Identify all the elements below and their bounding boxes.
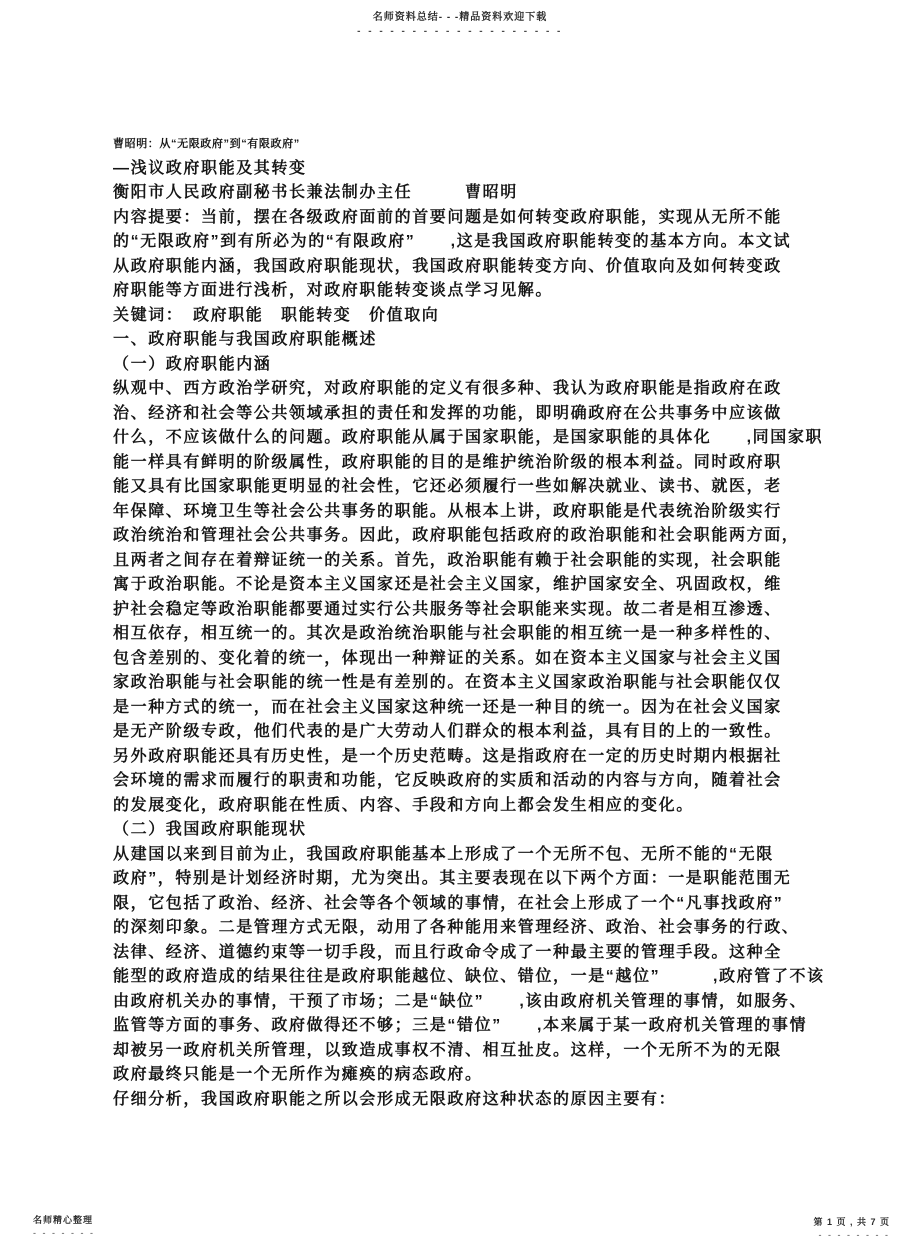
page: 名师资料总结- - -精品资料欢迎下载 - - - - - - - - - - … [0,0,920,1248]
text-line: 政治统治和管理社会公共事务。因此，政府职能包括政府的政治职能和社会职能两方面， [113,524,825,549]
text-line: —浅议政府职能及其转变 [113,157,825,182]
document-body: 曹昭明：从“无限政府”到“有限政府”—浅议政府职能及其转变衡阳市人民政府副秘书长… [113,132,825,1112]
text-line: 府职能等方面进行浅析，对政府职能转变谈点学习见解。 [113,279,825,304]
text-line: 的发展变化，政府职能在性质、内容、手段和方向上都会发生相应的变化。 [113,794,825,819]
page-number: 第 1 页 , 共 7 页 - - - - - - - - [813,1215,890,1240]
text-line: 的“无限政府”到有所必为的“有限政府” ,这是我国政府职能转变的基本方向。本文试 [113,230,825,255]
text-line: 年保障、环境卫生等社会公共事务的职能。从根本上讲，政府职能是代表统治阶级实行 [113,500,825,525]
text-line: 且两者之间存在着辩证统一的关系。首先，政治职能有赖于社会职能的实现，社会职能 [113,549,825,574]
text-line: 相互依存，相互统一的。其次是政治统治职能与社会职能的相互统一是一种多样性的、 [113,622,825,647]
text-line: 治、经济和社会等公共领域承担的责任和发挥的功能，即明确政府在公共事务中应该做 [113,402,825,427]
text-line: 从建国以来到目前为止，我国政府职能基本上形成了一个无所不包、无所不能的“无限 [113,843,825,868]
text-line: 衡阳市人民政府副秘书长兼法制办主任 曹昭明 [113,181,825,206]
text-line: 能一样具有鲜明的阶级属性，政府职能的目的是维护统治阶级的根本利益。同时政府职 [113,451,825,476]
text-line: 却被另一政府机关所管理，以致造成事权不清、相互扯皮。这样，一个无所不为的无限 [113,1039,825,1064]
footer-left-dashed-line: - - - - - - - [33,1228,95,1238]
text-line: 从政府职能内涵，我国政府职能现状，我国政府职能转变方向、价值取向及如何转变政 [113,255,825,280]
text-line: 的深刻印象。二是管理方式无限，动用了各种能用来管理经济、政治、社会事务的行政、 [113,916,825,941]
text-line: 另外政府职能还具有历史性，是一个历史范畴。这是指政府在一定的历史时期内根据社 [113,745,825,770]
text-line: 是无产阶级专政，他们代表的是广大劳动人们群众的根本利益，具有目的上的一致性。 [113,720,825,745]
header-title: 名师资料总结- - -精品资料欢迎下载 [0,8,920,23]
text-line: 监管等方面的事务、政府做得还不够；三是“错位” ,本来属于某一政府机关管理的事情 [113,1014,825,1039]
text-line: 能又具有比国家职能更明显的社会性，它还必须履行一些如解决就业、读书、就医，老 [113,475,825,500]
text-line: （二）我国政府职能现状 [113,818,825,843]
text-line: 是一种方式的统一，而在社会主义国家这种统一还是一种目的统一。因为在社会义国家 [113,696,825,721]
text-line: 纵观中、西方政治学研究，对政府职能的定义有很多种、我认为政府职能是指政府在政 [113,377,825,402]
text-line: （一）政府职能内涵 [113,353,825,378]
text-line: 寓于政治职能。不论是资本主义国家还是社会主义国家，维护国家安全、巩固政权，维 [113,573,825,598]
header-dashed-line: - - - - - - - - - - - - - - - - - - - [0,26,920,37]
footer-note-text: 名师精心整理 [33,1213,95,1226]
text-line: 关键词： 政府职能 职能转变 价值取向 [113,304,825,329]
text-line: 曹昭明：从“无限政府”到“有限政府” [113,132,825,157]
text-line: 政府最终只能是一个无所作为瘫痪的病态政府。 [113,1063,825,1088]
text-line: 护社会稳定等政治职能都要通过实行公共服务等社会职能来实现。故二者是相互渗透、 [113,598,825,623]
text-line: 会环境的需求而履行的职责和功能，它反映政府的实质和活动的内容与方向，随着社会 [113,769,825,794]
text-line: 政府”，特别是计划经济时期，尤为突出。其主要表现在以下两个方面：一是职能范围无 [113,867,825,892]
text-line: 一、政府职能与我国政府职能概述 [113,328,825,353]
text-line: 内容提要：当前，摆在各级政府面前的首要问题是如何转变政府职能，实现从无所不能 [113,206,825,231]
page-number-text: 第 1 页 , 共 7 页 [813,1215,890,1228]
text-line: 什么，不应该做什么的问题。政府职能从属于国家职能，是国家职能的具体化 ,同国家职 [113,426,825,451]
text-line: 由政府机关办的事情，干预了市场；二是“缺位” ,该由政府机关管理的事情，如服务、 [113,990,825,1015]
text-line: 限，它包括了政治、经济、社会等各个领域的事情，在社会上形成了一个“凡事找政府” [113,892,825,917]
text-line: 家政治职能与社会职能的统一性是有差别的。在资本主义国家政治职能与社会职能仅仅 [113,671,825,696]
text-line: 法律、经济、道德约束等一切手段，而且行政命令成了一种最主要的管理手段。这种全 [113,941,825,966]
footer-note: 名师精心整理 - - - - - - - [33,1213,95,1238]
page-header: 名师资料总结- - -精品资料欢迎下载 - - - - - - - - - - … [0,8,920,37]
text-line: 能型的政府造成的结果往往是政府职能越位、缺位、错位，一是“越位” ,政府管了不该 [113,965,825,990]
text-line: 仔细分析，我国政府职能之所以会形成无限政府这种状态的原因主要有： [113,1088,825,1113]
footer-right-dashed-line: - - - - - - - - [813,1230,890,1240]
text-line: 包含差别的、变化着的统一，体现出一种辩证的关系。如在资本主义国家与社会主义国 [113,647,825,672]
